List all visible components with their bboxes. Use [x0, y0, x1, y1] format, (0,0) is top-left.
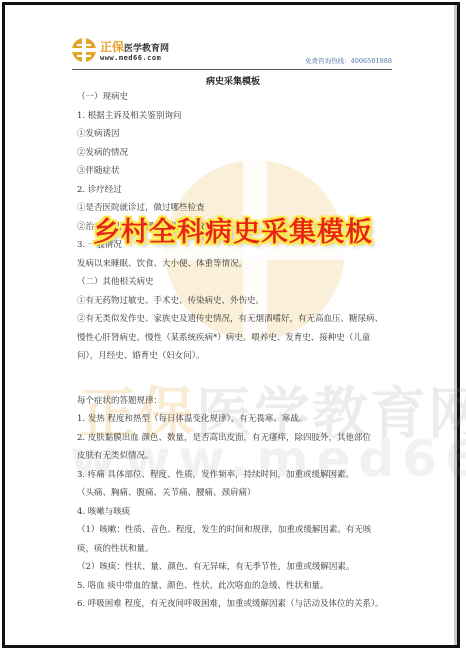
body-line: ②发病的情况	[77, 144, 397, 163]
document-body: （一）现病史 1. 根据主诉及相关鉴别询问 ①发病诱因 ②发病的情况 ③伴随症状…	[77, 88, 397, 614]
body-line: ②有无类似发作史、家族史及遗传史情况，有无烟酒嗜好，有无高血压、糖尿病、	[77, 310, 397, 329]
cross-circle-logo-icon	[72, 38, 96, 62]
body-line: 问），月经史、婚育史（妇女问）。	[77, 347, 397, 366]
section-heading: （一）现病史	[77, 88, 397, 107]
body-line: 6. 呼吸困难 程度，有无夜间呼吸困难，加重或缓解因素（与活动及体位的关系）。	[77, 595, 397, 614]
brand-name: 正保医学教育网	[100, 38, 169, 55]
document-header: 正保医学教育网 www.med66.com 免费咨询热线：4006501888	[72, 34, 392, 70]
section-heading: （二）其他相关病史	[77, 273, 397, 292]
body-line: （2）咳痰：性状、量、颜色、有无异味，有无季节性，加重或缓解因素。	[77, 558, 397, 577]
body-line: 皮肤有无类似情况。	[77, 447, 397, 466]
body-line: ③伴随症状	[77, 162, 397, 181]
body-line: ①有无药物过敏史、手术史、传染病史、外伤史。	[77, 292, 397, 311]
body-line: 1. 发热 程度和热型（每日体温变化规律），有无畏寒、寒战。	[77, 410, 397, 429]
body-line: 1. 根据主诉及相关鉴别询问	[77, 107, 397, 126]
body-line: ①发病诱因	[77, 125, 397, 144]
brand-zheng: 正保	[100, 40, 124, 54]
body-line: 2. 皮肤黏膜出血 颜色、数量，是否高出皮面，有无瘙痒，除四肢外，其他部位	[77, 429, 397, 448]
body-line: 慢性心肝肾病史。慢性（某系统疾病*）病史。喂养史、发育史、接种史（儿童	[77, 329, 397, 348]
body-line: （头痛、胸痛、腹痛、关节痛、腰痛、颈肩痛）	[77, 484, 397, 503]
body-line: 5. 咯血 痰中带血的量、颜色、性状。此次咯血的急缓、性状和量。	[77, 577, 397, 596]
body-line: 发病以来睡眠、饮食、大小便、体重等情况。	[77, 255, 397, 274]
overlay-title: 乡村全科病史采集模板	[0, 210, 466, 249]
body-line: 3. 疼痛 具体部位、程度、性质，发作频率，持续时间，加重或缓解因素。	[77, 466, 397, 485]
body-line: 2. 诊疗经过	[77, 181, 397, 200]
body-line: 4. 咳嗽与咳痰	[77, 503, 397, 522]
body-line: 痰，痰的性状和量。	[77, 540, 397, 559]
hotline-text: 免费咨询热线：4006501888	[305, 56, 392, 65]
section-heading: 每个症状的答题规律：	[77, 392, 397, 411]
header-divider	[72, 69, 392, 70]
document-title: 病史采集模板	[0, 74, 466, 87]
brand-rest: 医学教育网	[124, 44, 169, 54]
body-line: （1）咳嗽：性质、音色、程度，发生的时间和规律，加重或缓解因素。有无咳	[77, 521, 397, 540]
site-url: www.med66.com	[100, 54, 161, 62]
